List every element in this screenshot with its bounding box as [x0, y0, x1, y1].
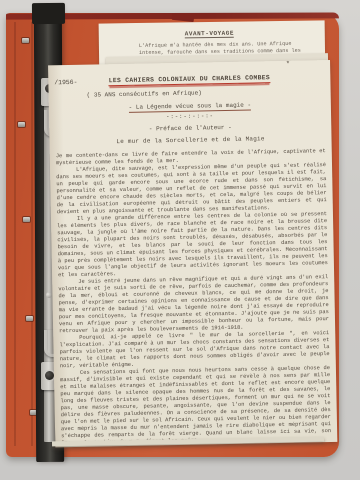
binder-metal-stud	[46, 292, 52, 298]
folder-crease	[14, 22, 16, 446]
typed-paragraph: L'Afrique, dite sauvage, est l'expressio…	[56, 162, 327, 216]
corner-mark: *	[286, 61, 290, 69]
photo-backdrop: { "colors": { "backdrop": "#cecdca", "fo…	[0, 0, 360, 480]
typed-paragraph: Ces sensations qui font que nous nous he…	[60, 365, 331, 447]
binder-clip-bottom-knob	[45, 371, 54, 380]
rivet	[22, 38, 29, 43]
typed-paragraph: Il y a une grande différence entre les c…	[57, 211, 328, 279]
preface-subheading: Le mur de la Sorcellerie et de la Magie	[49, 134, 331, 146]
margin-note-year: /1956-	[54, 79, 77, 86]
separator-ornament: -:-:-:-:-:-	[49, 110, 331, 122]
rivet	[18, 122, 25, 127]
back-page-header: AVANT-VOYAGE	[185, 30, 234, 39]
rivet	[26, 316, 33, 321]
typed-body: Je me contente-dans ce livre de faire en…	[56, 148, 332, 447]
page-subtitle-duration: ( 35 ANS consécutifs en Afrique)	[87, 87, 331, 99]
rivet	[23, 217, 30, 222]
folder-crease	[31, 22, 33, 446]
typed-paragraph: Pourquoi ai-je appelé ce livre " le mur …	[59, 330, 330, 370]
preface-heading: - Préface de l'Auteur -	[49, 122, 331, 134]
binder-rail-cap	[32, 3, 65, 24]
typed-page: * /1956- LES CAHIERS COLONIAUX DU CHARLE…	[48, 60, 337, 447]
page-title: LES CAHIERS COLONIAUX DU CHARLES COMBES	[48, 73, 330, 85]
typed-paragraph: Je suis entré jeune dans un rêve magnifi…	[58, 274, 329, 335]
